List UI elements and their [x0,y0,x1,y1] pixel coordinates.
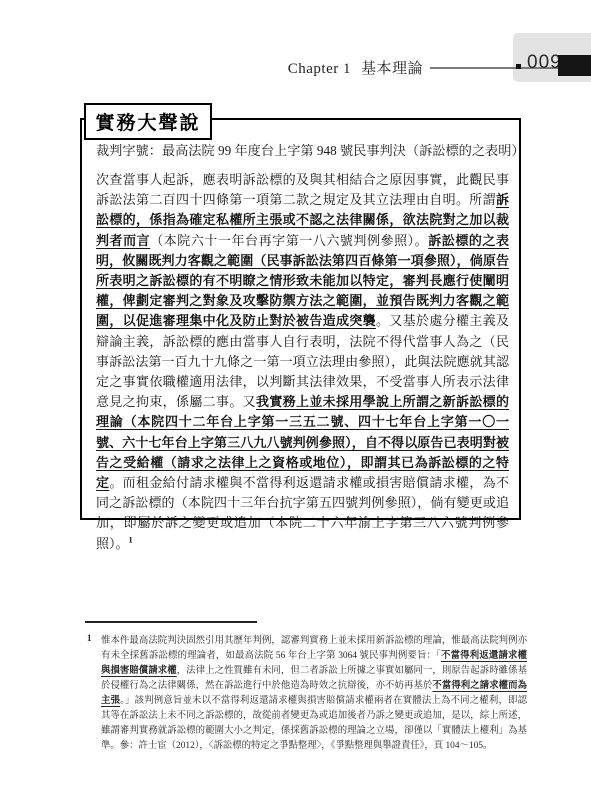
square-bullet-icon [516,64,521,69]
footnote-separator [85,621,257,623]
footnote-marker: 1 [87,633,92,643]
footnote-text: 惟本件最高法院判決固然引用其歷年判例，認審判實務上並未採用新訴訟標的理論，惟最高… [101,634,527,754]
page-container: { "header": { "chapter_label": "Chapter … [0,0,591,800]
judgment-paragraph: 次查當事人起訴，應表明訴訟標的及與其相結合之原因事實，此觀民事訴訟法第二百四十四… [96,170,509,554]
practice-box-title: 實務大聲說 [84,103,212,140]
page-number: 009 [527,52,562,74]
case-number-line: 裁判字號：最高法院 99 年度台上字第 948 號民事判決（訴訟標的之表明） [96,140,510,159]
chapter-label: Chapter 1 [288,61,351,77]
chapter-title: 基本理論 [361,61,423,77]
corner-tab [558,55,591,76]
chapter-heading: Chapter 1基本理論 [288,57,423,78]
